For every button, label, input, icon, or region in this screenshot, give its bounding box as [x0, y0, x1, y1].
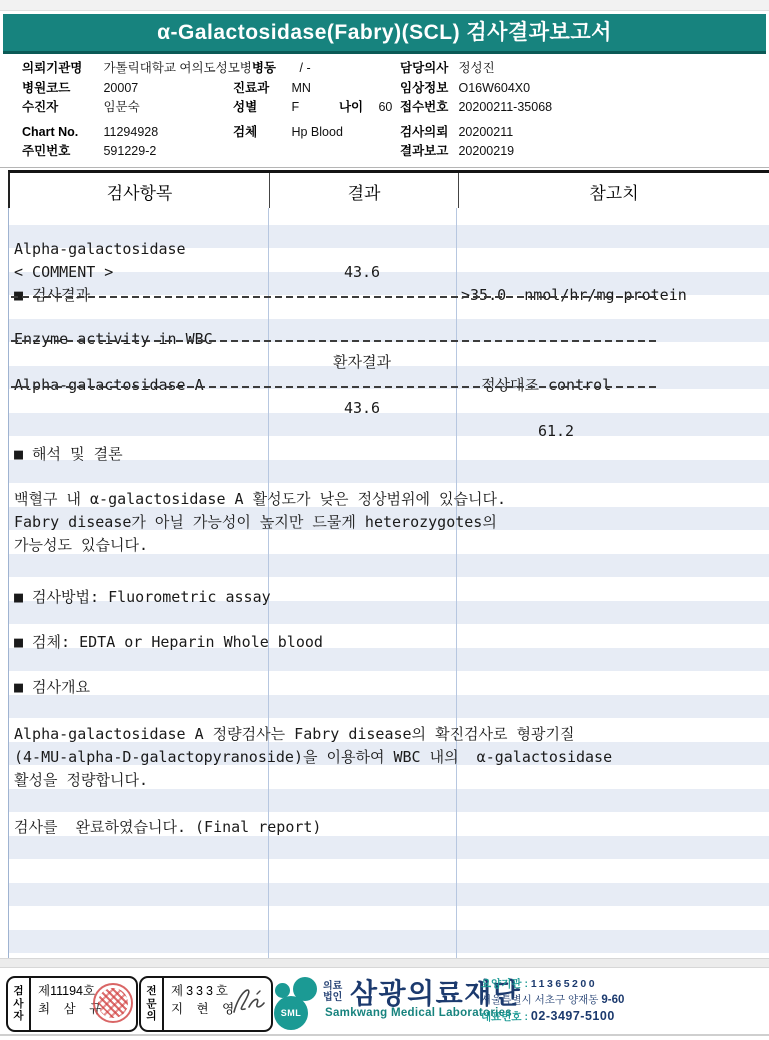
examiner-seal-stamp-icon	[93, 983, 133, 1023]
clinical-info-label: 임상정보	[400, 79, 455, 99]
header-reference: 참고치	[459, 173, 769, 209]
info-row-sex-age: 성별 F 나이 60	[233, 98, 392, 118]
age-value: 60	[378, 100, 392, 114]
overview-line-3: 활성을 정량합니다.	[9, 746, 769, 769]
lab-report-page: α-Galactosidase(Fabry)(SCL) 검사결과보고서 의뢰기관…	[0, 0, 769, 1040]
dashed-separator	[11, 340, 659, 342]
chart-no-value: 11294928	[103, 125, 158, 139]
examiner-role-cell: 검사자	[8, 978, 31, 1030]
seal-pattern	[98, 988, 128, 1018]
info-row-resident-no: 주민번호 591229-2	[22, 142, 311, 162]
final-report-line: 검사를 완료하였습니다. (Final report)	[9, 793, 769, 816]
specialist-role-cell: 전문의	[141, 978, 164, 1030]
contact-tel-line: 대표번호 : 02-3497-5100	[481, 1008, 624, 1025]
request-date-value: 20200211	[458, 125, 513, 139]
specialist-role-label: 전문의	[146, 985, 158, 1023]
enzyme-activity-row: Enzyme activity in WBC 환자결과 정상대조 control	[9, 305, 769, 328]
info-row-department: 진료과 MN	[233, 79, 392, 99]
final-report-text: 검사를 완료하였습니다. (Final report)	[14, 816, 321, 839]
result-table-header: 검사항목 결과 참고치	[8, 170, 769, 211]
sml-logo-big-circle: SML	[274, 996, 308, 1030]
report-title: α-Galactosidase(Fabry)(SCL) 검사결과보고서	[157, 21, 612, 44]
overview-line-1: Alpha-galactosidase A 정량검사는 Fabry diseas…	[9, 700, 769, 723]
patient-info-section: 의뢰기관명 가톨릭대학교 여의도성모병병동 / - 병원코드 20007 수진자…	[0, 59, 769, 164]
report-date-label: 결과보고	[400, 142, 455, 162]
specimen-value: Hp Blood	[291, 125, 342, 139]
hospital-code-value: 20007	[103, 81, 138, 95]
insurance-number: 11365200	[531, 978, 597, 990]
info-row-clinical-info: 임상정보 O16W604X0	[400, 79, 552, 99]
info-row-specimen: 검체 Hp Blood	[233, 123, 392, 143]
section-method-text: ■ 검사방법: Fluorometric assay	[14, 586, 271, 609]
report-date-value: 20200219	[458, 144, 514, 158]
interpretation-text-3: 가능성도 있습니다.	[14, 534, 148, 557]
contact-insurance-line: 요양기관 : 11365200	[481, 976, 624, 992]
examiner-stamp-box: 검사자 제11194호 최 삼 규	[6, 976, 138, 1032]
top-window-strip	[0, 0, 769, 11]
tel-number: 02-3497-5100	[531, 1009, 615, 1023]
section-test-result: ■ 검사결과	[9, 261, 769, 284]
resident-no-value: 591229-2	[103, 144, 156, 158]
patient-label: 수진자	[22, 98, 100, 118]
doctor-value: 정성진	[458, 61, 494, 75]
alpha-gal-a-patient-value: 43.6	[268, 397, 456, 420]
section-overview-text: ■ 검사개요	[14, 676, 90, 699]
info-row-request-date: 검사의뢰 20200211	[400, 123, 552, 143]
bottom-window-line	[0, 1034, 769, 1036]
table-top-thin-line	[0, 167, 769, 168]
sml-logo-text: SML	[281, 1008, 302, 1018]
footer-divider	[0, 958, 769, 968]
specialist-cert-cell: 제333호 지 현 영	[164, 978, 271, 1030]
info-column-middle: 진료과 MN 성별 F 나이 60 검체 Hp Blood	[233, 79, 392, 143]
section-specimen-text: ■ 검체: EDTA or Heparin Whole blood	[14, 631, 323, 654]
result-table-body: Alpha-galactosidase 43.6 >35.0 nmol/hr/m…	[8, 208, 769, 958]
insurance-label: 요양기관 :	[481, 978, 528, 990]
institution-label: 의뢰기관명	[22, 59, 100, 79]
section-method: ■ 검사방법: Fluorometric assay	[9, 563, 769, 586]
result-row-alpha-galactosidase: Alpha-galactosidase 43.6 >35.0 nmol/hr/m…	[9, 215, 769, 238]
info-row-doctor: 담당의사 정성진	[400, 59, 552, 79]
sex-label: 성별	[233, 98, 288, 118]
report-title-banner: α-Galactosidase(Fabry)(SCL) 검사결과보고서	[3, 14, 766, 54]
interpretation-line-1: 백혈구 내 α-galactosidase A 활성도가 낮은 정상범위에 있습…	[9, 465, 769, 488]
ward-label: 병동	[252, 59, 276, 79]
specialist-stamp-box: 전문의 제333호 지 현 영	[139, 976, 273, 1032]
sml-logo-icon: SML	[272, 971, 318, 1033]
interpretation-line-2: Fabry disease가 아닐 가능성이 높지만 드물게 heterozyg…	[9, 488, 769, 511]
address-number: 9-60	[601, 994, 624, 1006]
hospital-code-label: 병원코드	[22, 79, 100, 99]
info-column-right: 담당의사 정성진 임상정보 O16W604X0 접수번호 20200211-35…	[400, 59, 552, 162]
org-prefix: 의료 법인	[323, 981, 342, 1003]
request-date-label: 검사의뢰	[400, 123, 455, 143]
patient-name-value: 임문숙	[103, 100, 139, 114]
org-prefix-line2: 법인	[323, 992, 342, 1003]
overview-text-3: 활성을 정량합니다.	[14, 769, 148, 792]
contact-address-line: 서울특별시 서초구 양재동 9-60	[481, 992, 624, 1008]
receipt-no-label: 접수번호	[400, 98, 455, 118]
chart-no-label: Chart No.	[22, 123, 100, 143]
info-row-receipt-no: 접수번호 20200211-35068	[400, 98, 552, 118]
specimen-label: 검체	[233, 123, 288, 143]
department-label: 진료과	[233, 79, 288, 99]
age-label: 나이	[339, 98, 375, 118]
overview-line-2: (4-MU-alpha-D-galactopyranoside)을 이용하여 W…	[9, 723, 769, 746]
contact-block: 요양기관 : 11365200 서울특별시 서초구 양재동 9-60 대표번호 …	[481, 976, 624, 1025]
tel-label: 대표번호 :	[481, 1011, 528, 1023]
dashed-separator	[11, 296, 659, 298]
institution-value: 가톨릭대학교 여의도성모병	[103, 61, 251, 75]
org-prefix-line1: 의료	[323, 981, 342, 992]
info-row-institution: 의뢰기관명 가톨릭대학교 여의도성모병병동 / -	[22, 59, 311, 79]
department-value: MN	[291, 81, 310, 95]
section-specimen: ■ 검체: EDTA or Heparin Whole blood	[9, 608, 769, 631]
examiner-cert-cell: 제11194호 최 삼 규	[31, 978, 136, 1030]
interpretation-line-3: 가능성도 있습니다.	[9, 511, 769, 534]
specialist-signature-icon	[224, 980, 270, 1026]
ward-value: / -	[300, 61, 311, 75]
alpha-gal-a-row: Alpha-galactosidase A 43.6 61.2	[9, 351, 769, 374]
examiner-role-label: 검사자	[13, 985, 25, 1023]
header-test-item: 검사항목	[10, 173, 270, 209]
address-text: 서울특별시 서초구 양재동	[481, 994, 598, 1006]
section-interpretation-text: ■ 해석 및 결론	[14, 443, 123, 466]
info-row-report-date: 결과보고 20200219	[400, 142, 552, 162]
receipt-no-value: 20200211-35068	[458, 100, 552, 114]
doctor-label: 담당의사	[400, 59, 455, 79]
comment-header: < COMMENT >	[9, 238, 769, 261]
section-interpretation: ■ 해석 및 결론	[9, 420, 769, 443]
section-overview: ■ 검사개요	[9, 653, 769, 676]
header-result: 결과	[270, 173, 459, 209]
dashed-separator	[11, 386, 659, 388]
resident-no-label: 주민번호	[22, 142, 100, 162]
sex-value: F	[291, 98, 335, 118]
clinical-info-value: O16W604X0	[458, 81, 530, 95]
